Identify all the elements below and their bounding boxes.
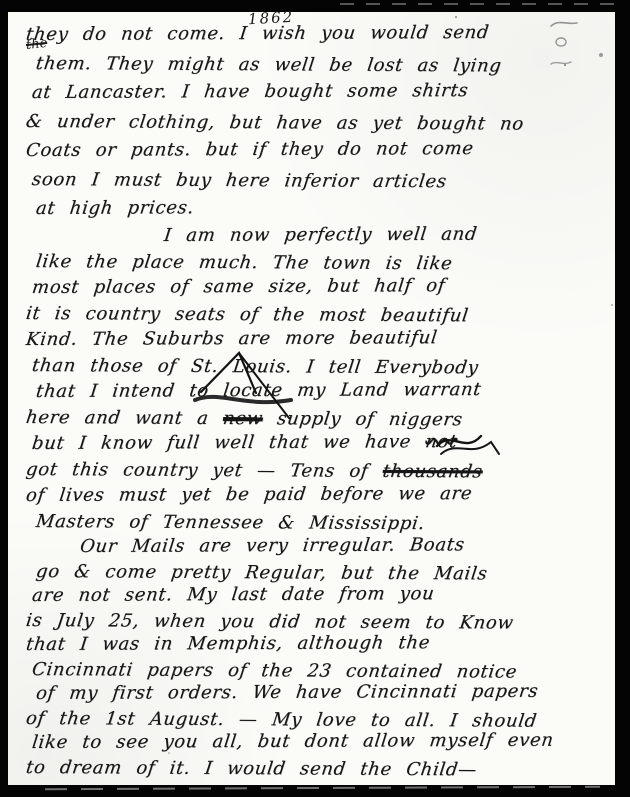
- scan-border-streak-bottom: [45, 786, 600, 790]
- scanned-letter-screenshot: 1862 the they do not come. I wish you wo…: [0, 0, 630, 797]
- handwriting-segment: but I know full well that we have: [31, 431, 427, 454]
- scan-border-streak-top: [340, 3, 620, 5]
- scribble-mark: [433, 424, 503, 464]
- handwriting-segment-struck: thousands: [381, 461, 484, 483]
- handwriting-line: Coats or pants. but if they do not come: [24, 133, 605, 165]
- letter-body: they do not come. I wish you would sendt…: [26, 20, 603, 780]
- handwriting-line: Kind. The Suburbs are more beautiful: [24, 324, 604, 353]
- handwriting-line: like to see you all, but dont allow myse…: [25, 728, 605, 755]
- scan-speck-dots: [8, 12, 10, 14]
- handwriting-line: of lives must yet be paid before we are: [24, 480, 604, 509]
- handwriting-line: are not sent. My last date from you: [25, 581, 605, 608]
- letter-paper: 1862 the they do not come. I wish you wo…: [8, 12, 615, 785]
- handwriting-segment: got this country yet — Tens of: [25, 459, 384, 482]
- handwriting-line: I am now perfectly well and: [162, 221, 604, 249]
- handwriting-line: Our Mails are very irregular. Boats: [79, 533, 605, 560]
- handwriting-line: but I know full well that we have not: [24, 428, 604, 457]
- paragraph: I am now perfectly well andlike the plac…: [26, 223, 603, 535]
- handwriting-line: of my first orders. We have Cincinnati p…: [25, 679, 605, 706]
- handwriting-line: at high prices.: [24, 191, 605, 223]
- handwriting-line: that I was in Memphis, although the: [25, 630, 605, 657]
- handwriting-line: at Lancaster. I have bought some shirts: [24, 75, 605, 107]
- corner-pen-squiggle: [543, 16, 603, 71]
- handwriting-line: that I intend to locate my Land warrant: [24, 376, 604, 405]
- paragraph: they do not come. I wish you would sendt…: [26, 20, 603, 223]
- handwriting-line: they do not come. I wish you would send: [24, 17, 605, 49]
- caret-crossout-mark: [193, 348, 298, 424]
- handwriting-line: to dream of it. I would send the Child—: [24, 756, 604, 784]
- handwriting-line: most places of same size, but half of: [24, 272, 604, 301]
- paragraph: Our Mails are very irregular. Boatsgo & …: [26, 535, 603, 780]
